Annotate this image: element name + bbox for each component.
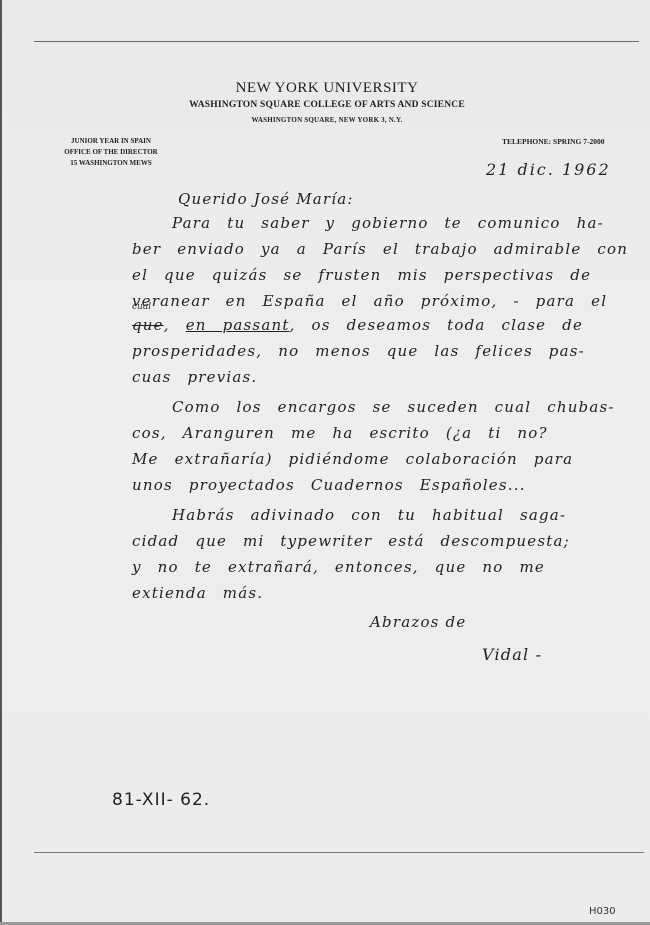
body-line: Como los encargos se suceden cual chubas…	[172, 398, 615, 416]
inserted-word: cual	[132, 302, 151, 312]
office-line: 15 WASHINGTON MEWS	[36, 158, 186, 169]
greeting: Querido José María:	[178, 190, 354, 208]
struck-word: que	[132, 316, 164, 334]
institution-name: NEW YORK UNIVERSITY	[2, 80, 650, 97]
underlined-phrase: en passant	[186, 316, 290, 334]
bottom-rule	[34, 852, 644, 853]
body-line: ber enviado ya a París el trabajo admira…	[132, 240, 628, 258]
body-line: Me extrañaría) pidiéndome colaboración p…	[132, 450, 573, 468]
closing: Abrazos de	[370, 613, 466, 631]
telephone: TELEPHONE: SPRING 7-2000	[502, 137, 605, 146]
office-line: JUNIOR YEAR IN SPAIN	[36, 136, 186, 147]
body-line: Habrás adivinado con tu habitual saga-	[172, 506, 566, 524]
archive-date-annotation: 81-XII- 62.	[112, 790, 210, 810]
body-line: cos, Aranguren me ha escrito (¿a ti no?	[132, 424, 548, 442]
body-line: prosperidades, no menos que las felices …	[132, 342, 585, 360]
letter-page: NEW YORK UNIVERSITY WASHINGTON SQUARE CO…	[0, 0, 650, 922]
body-line-rest: , os deseamos toda clase de	[290, 316, 583, 334]
top-rule	[34, 41, 639, 42]
body-line: cuas previas.	[132, 368, 257, 386]
office-block: JUNIOR YEAR IN SPAIN OFFICE OF THE DIREC…	[36, 136, 186, 169]
body-line: Para tu saber y gobierno te comunico ha-	[172, 214, 604, 232]
body-line: unos proyectados Cuadernos Españoles...	[132, 476, 526, 494]
body-line: y no te extrañará, entonces, que no me	[132, 558, 545, 576]
signature: Vidal -	[482, 645, 542, 664]
body-line: veranear en España el año próximo, - par…	[132, 292, 607, 310]
body-line: extienda más.	[132, 584, 263, 602]
body-line: que, en passant, os deseamos toda clase …	[132, 316, 583, 334]
folio-number: H030	[589, 906, 616, 917]
institution-address: WASHINGTON SQUARE, NEW YORK 3, N.Y.	[2, 116, 650, 124]
office-line: OFFICE OF THE DIRECTOR	[36, 147, 186, 158]
letter-date: 21 dic. 1962	[486, 160, 611, 179]
body-line: el que quizás se frusten mis perspectiva…	[132, 266, 591, 284]
body-line: cidad que mi typewriter está descompuest…	[132, 532, 570, 550]
college-name: WASHINGTON SQUARE COLLEGE OF ARTS AND SC…	[2, 100, 650, 110]
